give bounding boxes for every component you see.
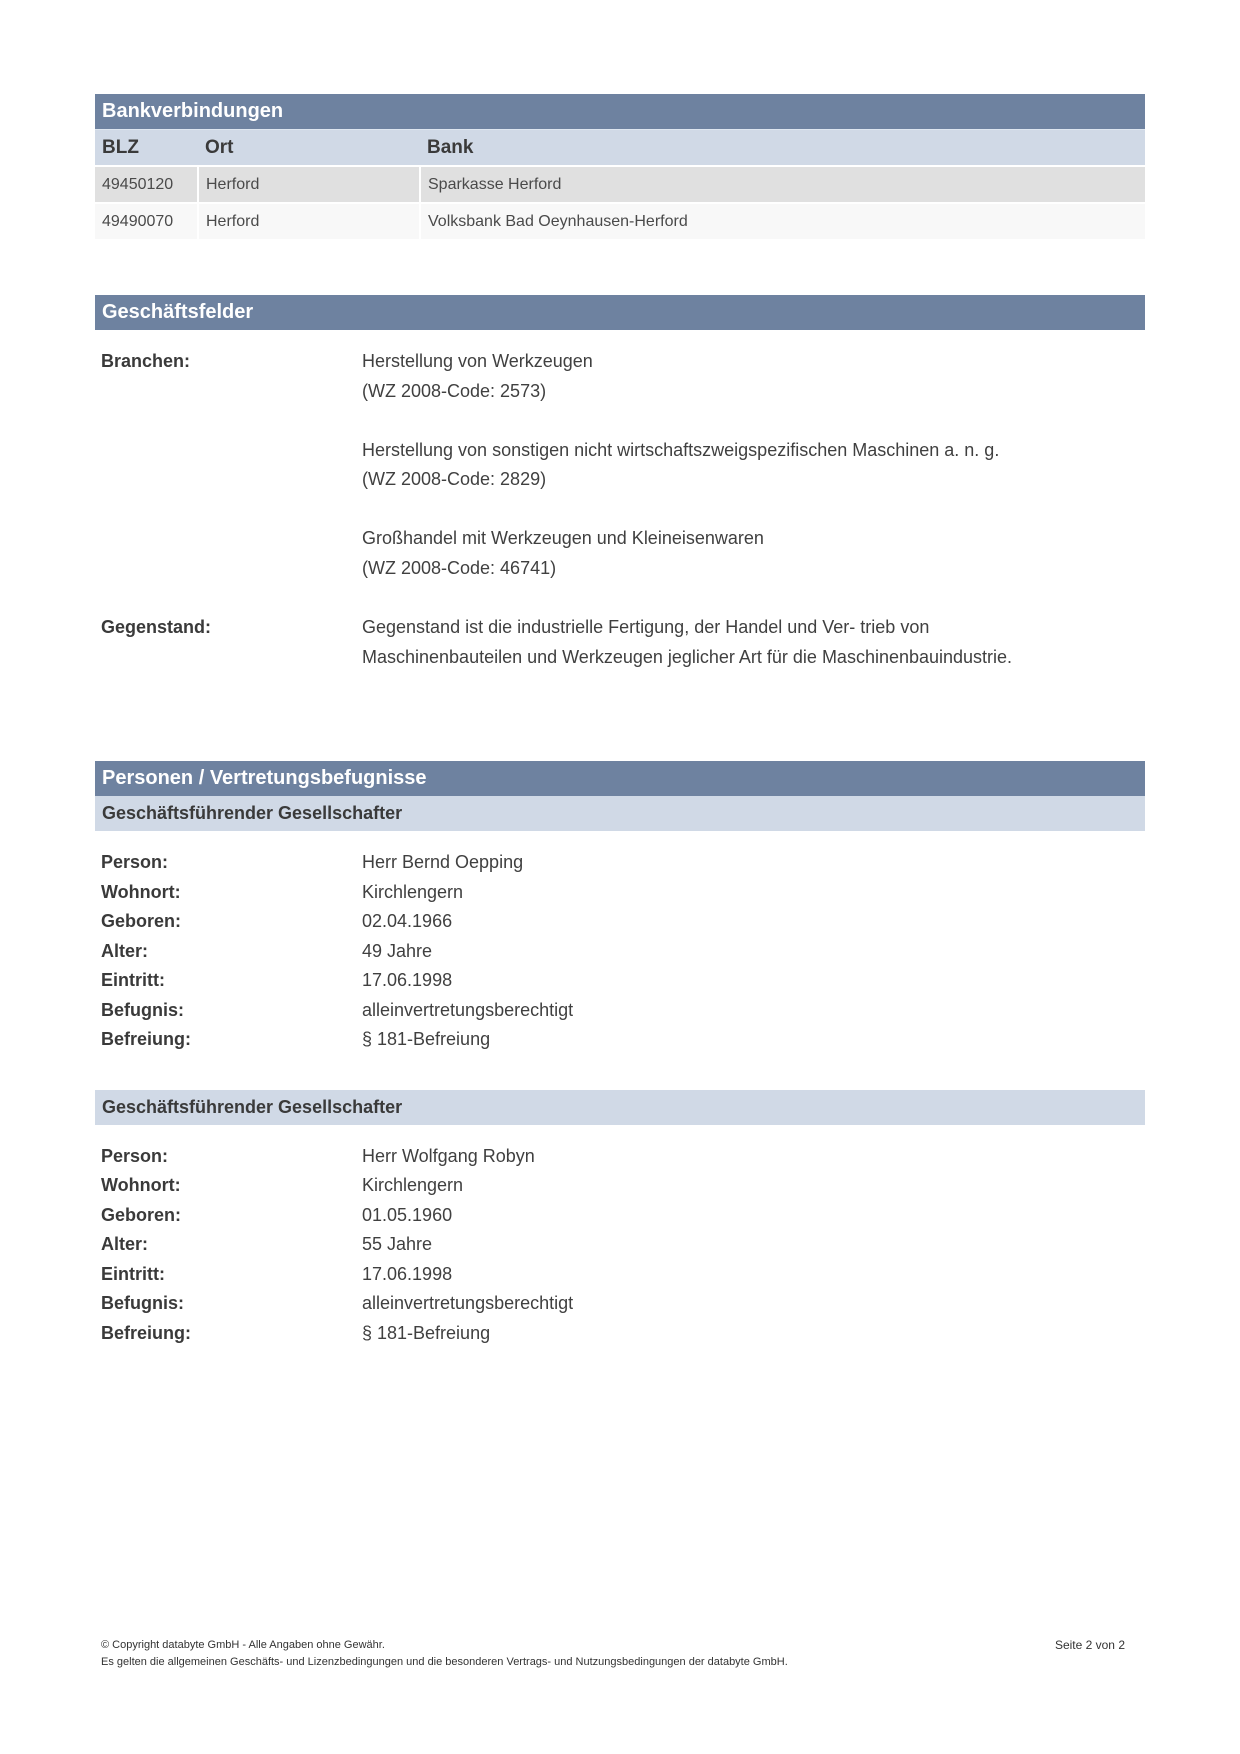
geboren-row: Geboren: 02.04.1966 (95, 907, 1145, 937)
list-item: Großhandel mit Werkzeugen und Kleineisen… (362, 524, 1145, 583)
branche-name: Großhandel mit Werkzeugen und Kleineisen… (362, 524, 1145, 554)
gegenstand-value: Gegenstand ist die industrielle Fertigun… (362, 613, 1145, 672)
wohnort-row: Wohnort: Kirchlengern (95, 878, 1145, 908)
bank-table: BLZ Ort Bank 49450120 Herford Sparkasse … (95, 129, 1145, 239)
befugnis-row: Befugnis: alleinvertretungsberechtigt (95, 996, 1145, 1026)
wohnort-value: Kirchlengern (362, 1171, 463, 1201)
cell-blz: 49450120 (95, 166, 198, 203)
befreiung-label: Befreiung: (101, 1025, 191, 1055)
page-number: Seite 2 von 2 (1055, 1637, 1125, 1654)
person-details: Person: Herr Wolfgang Robyn Wohnort: Kir… (95, 1125, 1145, 1366)
copyright-notice: © Copyright databyte GmbH - Alle Angaben… (101, 1637, 1131, 1654)
person-value: Herr Wolfgang Robyn (362, 1142, 535, 1172)
section-title-personen: Personen / Vertretungsbefugnisse (95, 761, 1145, 796)
column-header-blz: BLZ (95, 130, 198, 167)
table-row: 49450120 Herford Sparkasse Herford (95, 166, 1145, 203)
befreiung-value: § 181-Befreiung (362, 1025, 490, 1055)
wohnort-label: Wohnort: (101, 878, 181, 908)
branche-code: (WZ 2008-Code: 46741) (362, 554, 1145, 584)
befugnis-value: alleinvertretungsberechtigt (362, 1289, 573, 1319)
gegenstand-line: Gegenstand ist die industrielle Fertigun… (362, 613, 1145, 643)
branchen-list: Herstellung von Werkzeugen (WZ 2008-Code… (362, 347, 1145, 583)
bank-section: Bankverbindungen BLZ Ort Bank 49450120 H… (95, 94, 1145, 239)
alter-row: Alter: 49 Jahre (95, 937, 1145, 967)
branche-name: Herstellung von sonstigen nicht wirtscha… (362, 436, 1145, 466)
cell-blz: 49490070 (95, 203, 198, 239)
page-footer: © Copyright databyte GmbH - Alle Angaben… (101, 1637, 1131, 1671)
person-label: Person: (101, 1142, 168, 1172)
person-role-header: Geschäftsführender Gesellschafter (95, 1090, 1145, 1125)
eintritt-label: Eintritt: (101, 966, 165, 996)
cell-bank: Volksbank Bad Oeynhausen-Herford (420, 203, 1145, 239)
person-row: Person: Herr Wolfgang Robyn (95, 1142, 1145, 1172)
cell-ort: Herford (198, 203, 420, 239)
column-header-bank: Bank (420, 130, 1145, 167)
spacer (95, 1072, 1145, 1090)
bank-table-header: BLZ Ort Bank (95, 130, 1145, 167)
section-title-bankverbindungen: Bankverbindungen (95, 94, 1145, 129)
eintritt-value: 17.06.1998 (362, 966, 452, 996)
branchen-label: Branchen: (101, 347, 190, 377)
geboren-label: Geboren: (101, 907, 181, 937)
befugnis-label: Befugnis: (101, 996, 184, 1026)
befreiung-row: Befreiung: § 181-Befreiung (95, 1319, 1145, 1349)
befugnis-value: alleinvertretungsberechtigt (362, 996, 573, 1026)
geboren-value: 01.05.1960 (362, 1201, 452, 1231)
list-item: Herstellung von Werkzeugen (WZ 2008-Code… (362, 347, 1145, 406)
eintritt-row: Eintritt: 17.06.1998 (95, 1260, 1145, 1290)
cell-ort: Herford (198, 166, 420, 203)
terms-notice: Es gelten die allgemeinen Geschäfts- und… (101, 1654, 1131, 1671)
alter-label: Alter: (101, 1230, 148, 1260)
geboren-row: Geboren: 01.05.1960 (95, 1201, 1145, 1231)
wohnort-label: Wohnort: (101, 1171, 181, 1201)
person-details: Person: Herr Bernd Oepping Wohnort: Kirc… (95, 831, 1145, 1072)
alter-value: 55 Jahre (362, 1230, 432, 1260)
person-row: Person: Herr Bernd Oepping (95, 848, 1145, 878)
alter-value: 49 Jahre (362, 937, 432, 967)
list-item: Herstellung von sonstigen nicht wirtscha… (362, 436, 1145, 495)
geboren-value: 02.04.1966 (362, 907, 452, 937)
geboren-label: Geboren: (101, 1201, 181, 1231)
wohnort-row: Wohnort: Kirchlengern (95, 1171, 1145, 1201)
section-title-geschaeftsfelder: Geschäftsfelder (95, 295, 1145, 330)
column-header-ort: Ort (198, 130, 420, 167)
alter-row: Alter: 55 Jahre (95, 1230, 1145, 1260)
eintritt-label: Eintritt: (101, 1260, 165, 1290)
gegenstand-field: Gegenstand: Gegenstand ist die industrie… (95, 613, 1145, 672)
befreiung-row: Befreiung: § 181-Befreiung (95, 1025, 1145, 1055)
personen-section: Personen / Vertretungsbefugnisse Geschäf… (95, 761, 1145, 1365)
eintritt-row: Eintritt: 17.06.1998 (95, 966, 1145, 996)
eintritt-value: 17.06.1998 (362, 1260, 452, 1290)
befreiung-value: § 181-Befreiung (362, 1319, 490, 1349)
wohnort-value: Kirchlengern (362, 878, 463, 908)
person-value: Herr Bernd Oepping (362, 848, 523, 878)
branche-name: Herstellung von Werkzeugen (362, 347, 1145, 377)
table-row: 49490070 Herford Volksbank Bad Oeynhause… (95, 203, 1145, 239)
person-label: Person: (101, 848, 168, 878)
befreiung-label: Befreiung: (101, 1319, 191, 1349)
branche-code: (WZ 2008-Code: 2829) (362, 465, 1145, 495)
befugnis-row: Befugnis: alleinvertretungsberechtigt (95, 1289, 1145, 1319)
branche-code: (WZ 2008-Code: 2573) (362, 377, 1145, 407)
gegenstand-label: Gegenstand: (101, 613, 211, 643)
gegenstand-line: Maschinenbauteilen und Werkzeugen jeglic… (362, 643, 1145, 673)
geschaeftsfelder-section: Geschäftsfelder Branchen: Herstellung vo… (95, 295, 1145, 672)
person-role-header: Geschäftsführender Gesellschafter (95, 796, 1145, 831)
branchen-field: Branchen: Herstellung von Werkzeugen (WZ… (95, 347, 1145, 583)
alter-label: Alter: (101, 937, 148, 967)
befugnis-label: Befugnis: (101, 1289, 184, 1319)
cell-bank: Sparkasse Herford (420, 166, 1145, 203)
